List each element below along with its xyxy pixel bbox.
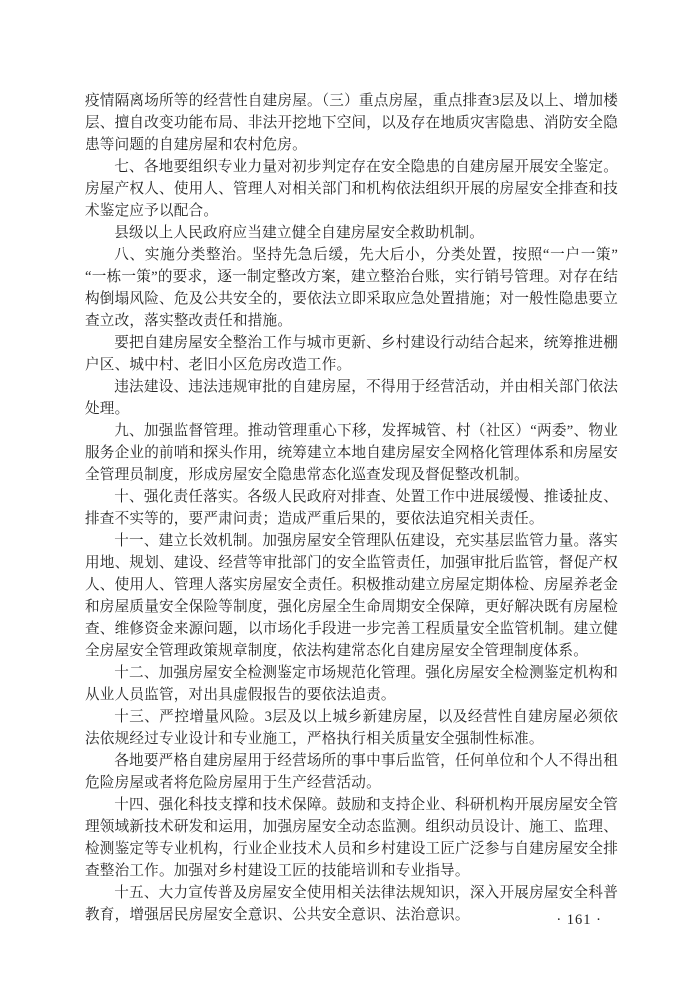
paragraph: 七、各地要组织专业力量对初步判定存在安全隐患的自建房屋开展安全鉴定。房屋产权人、… [85,156,618,222]
document-page: 疫情隔离场所等的经营性自建房屋。（三）重点房屋，重点排查3层及以上、增加楼层、擅… [0,0,699,982]
paragraph: 十三、严控增量风险。3层及以上城乡新建房屋，以及经营性自建房屋必须依法依规经过专… [85,706,618,750]
paragraph: 各地要严格自建房屋用于经营场所的事中事后监管，任何单位和个人不得出租危险房屋或者… [85,750,618,794]
paragraph: 十四、强化科技支撑和技术保障。鼓励和支持企业、科研机构开展房屋安全管理领域新技术… [85,794,618,882]
body-text: 疫情隔离场所等的经营性自建房屋。（三）重点房屋，重点排查3层及以上、增加楼层、擅… [85,90,618,926]
paragraph: 违法建设、违法违规审批的自建房屋，不得用于经营活动，并由相关部门依法处理。 [85,376,618,420]
paragraph: 疫情隔离场所等的经营性自建房屋。（三）重点房屋，重点排查3层及以上、增加楼层、擅… [85,90,618,156]
paragraph: 十一、建立长效机制。加强房屋安全管理队伍建设，充实基层监管力量。落实用地、规划、… [85,530,618,662]
paragraph: 县级以上人民政府应当建立健全自建房屋安全救助机制。 [85,222,618,244]
paragraph: 十五、大力宣传普及房屋安全使用相关法律法规知识，深入开展房屋安全科普教育，增强居… [85,882,618,926]
page-number: · 161 · [556,910,602,930]
paragraph: 九、加强监督管理。推动管理重心下移，发挥城管、村（社区）“两委”、物业服务企业的… [85,420,618,486]
paragraph: 十、强化责任落实。各级人民政府对排查、处置工作中进展缓慢、推诿扯皮、排查不实等的… [85,486,618,530]
paragraph: 十二、加强房屋安全检测鉴定市场规范化管理。强化房屋安全检测鉴定机构和从业人员监管… [85,662,618,706]
paragraph: 八、实施分类整治。坚持先急后缓，先大后小，分类处置，按照“一户一策” “一栋一策… [85,244,618,332]
paragraph: 要把自建房屋安全整治工作与城市更新、乡村建设行动结合起来，统筹推进棚户区、城中村… [85,332,618,376]
